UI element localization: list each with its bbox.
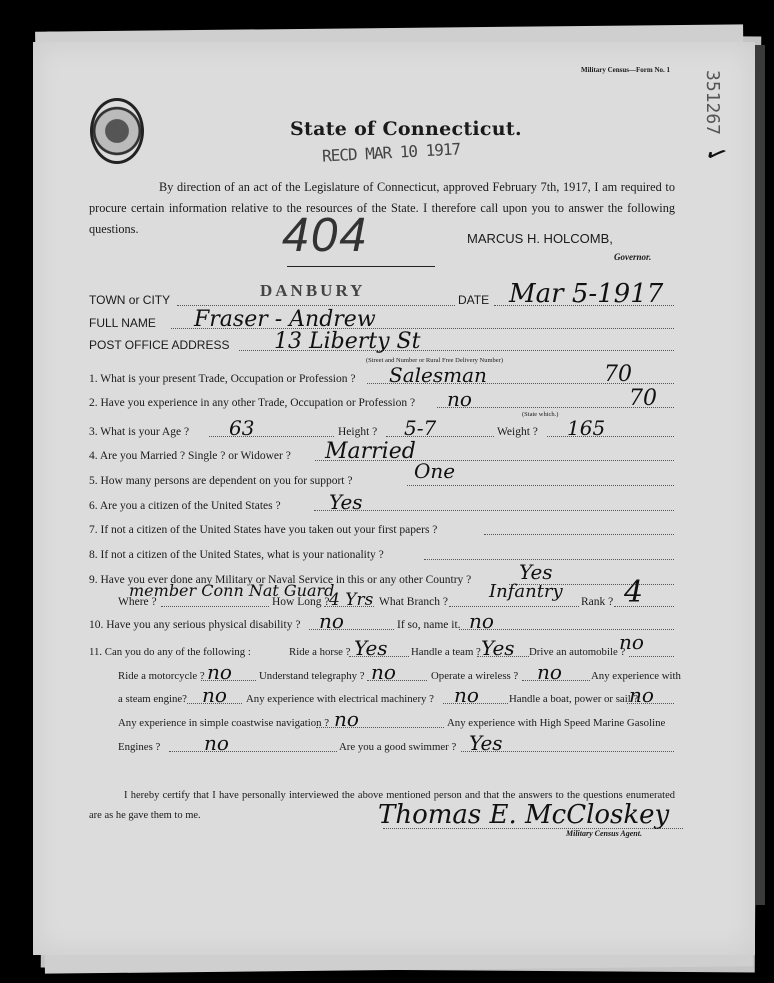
state-which-hint: (State which.) <box>522 411 558 418</box>
name-label: FULL NAME <box>89 316 156 330</box>
height-value: 5-7 <box>404 416 436 440</box>
annotation: 70 <box>604 362 632 387</box>
ride-horse-label: Ride a horse ? <box>289 646 350 658</box>
age-field <box>209 436 334 437</box>
question-label: 10. Have you any serious physical disabi… <box>89 619 300 631</box>
handle-team-value: Yes <box>481 636 515 660</box>
question-6: 6. Are you a citizen of the United State… <box>89 494 674 514</box>
question-label: 11. Can you do any of the following : <box>89 646 251 658</box>
governor-title: Governor. <box>614 252 651 262</box>
question-label: 1. What is your present Trade, Occupatio… <box>89 373 355 385</box>
annotation: 70 <box>629 386 657 411</box>
question-label: 8. If not a citizen of the United States… <box>89 549 384 561</box>
question-label: 7. If not a citizen of the United States… <box>89 524 437 536</box>
state-seal-icon <box>90 98 144 164</box>
ride-horse-value: Yes <box>354 636 388 660</box>
question-10: 10. Have you any serious physical disabi… <box>89 613 674 633</box>
steam-label: Any experience with <box>591 670 681 682</box>
marine-engine-label: Any experience with High Speed Marine Ga… <box>447 717 665 729</box>
rank-field <box>614 606 674 607</box>
handle-team-label: Handle a team ? <box>411 646 481 658</box>
telegraphy-value: no <box>371 660 396 684</box>
answer-field <box>314 510 674 511</box>
where-field <box>161 606 269 607</box>
branch-label: What Branch ? <box>379 596 448 608</box>
swimmer-value: Yes <box>469 731 503 755</box>
answer-value: Yes <box>329 490 363 514</box>
answer-value: One <box>414 459 455 483</box>
question-1: 1. What is your present Trade, Occupatio… <box>89 367 674 387</box>
rank-value: 4 <box>624 575 643 610</box>
question-11-line-5: Engines ? no Are you a good swimmer ? Ye… <box>89 735 674 755</box>
name-it-label: If so, name it. <box>397 619 461 631</box>
question-11-line-3: a steam engine? no Any experience with e… <box>89 687 674 707</box>
how-long-label: How Long ? <box>272 596 330 608</box>
answer-field <box>484 534 674 535</box>
page-edge <box>755 45 765 905</box>
drive-auto-value: no <box>619 630 644 654</box>
address-label: POST OFFICE ADDRESS <box>89 338 229 352</box>
address-row: POST OFFICE ADDRESS 13 Liberty St <box>89 334 674 354</box>
answer-value: Salesman <box>389 363 487 387</box>
answer-value: no <box>319 609 344 633</box>
answer-field <box>407 485 674 486</box>
question-5: 5. How many persons are dependent on you… <box>89 469 674 489</box>
governor-name: MARCUS H. HOLCOMB, <box>467 231 613 246</box>
date-value: Mar 5-1917 <box>509 279 663 309</box>
question-2: 2. Have you experience in any other Trad… <box>89 391 674 411</box>
number-underline <box>287 266 435 267</box>
answer-value: Married <box>325 439 416 464</box>
question-label: 5. How many persons are dependent on you… <box>89 475 352 487</box>
electrical-value: no <box>454 683 479 707</box>
page-title: State of Connecticut. <box>290 118 522 140</box>
question-label: 2. Have you experience in any other Trad… <box>89 397 415 409</box>
age-value: 63 <box>229 416 254 440</box>
swimmer-label: Are you a good swimmer ? <box>339 741 456 753</box>
address-value: 13 Liberty St <box>274 329 420 354</box>
question-11-line-4: Any experience in simple coastwise navig… <box>89 711 674 731</box>
coastwise-value: no <box>334 707 359 731</box>
motorcycle-label: Ride a motorcycle ? <box>118 670 205 682</box>
town-date-row: TOWN or CITY DATE Mar 5-1917 <box>89 289 674 309</box>
wireless-value: no <box>537 660 562 684</box>
question-8: 8. If not a citizen of the United States… <box>89 543 674 563</box>
question-7: 7. If not a citizen of the United States… <box>89 518 674 538</box>
question-4: 4. Are you Married ? Single ? or Widower… <box>89 444 674 464</box>
answer-value: no <box>447 387 472 411</box>
town-label: TOWN or CITY <box>89 293 170 307</box>
intro-text: By direction of an act of the Legislatur… <box>89 180 675 236</box>
question-3: 3. What is your Age ? 63 Height ? 5-7 We… <box>89 420 674 440</box>
name-it-value: no <box>469 609 494 633</box>
drive-auto-field <box>629 656 674 657</box>
height-label: Height ? <box>338 426 377 438</box>
boat-label: Handle a boat, power or sail ? <box>509 693 638 705</box>
marine-field <box>169 751 337 752</box>
serial-number: 351267 <box>702 70 723 135</box>
form-number: Military Census—Form No. 1 <box>581 66 670 74</box>
question-label: 4. Are you Married ? Single ? or Widower… <box>89 450 291 462</box>
marine-value: no <box>204 731 229 755</box>
agent-signature: Thomas E. McCloskey <box>378 800 669 830</box>
engines-label: Engines ? <box>118 741 160 753</box>
steam-engine-label: a steam engine? <box>118 693 187 705</box>
electrical-label: Any experience with electrical machinery… <box>246 693 434 705</box>
agent-label: Military Census Agent. <box>566 829 642 838</box>
question-label: 6. Are you a citizen of the United State… <box>89 500 281 512</box>
weight-label: Weight ? <box>497 426 538 438</box>
coastwise-label: Any experience in simple coastwise navig… <box>118 717 329 729</box>
question-label: 3. What is your Age ? <box>89 426 189 438</box>
how-long-value: 4 Yrs <box>329 590 373 610</box>
branch-value: Infantry <box>489 581 563 602</box>
date-label: DATE <box>458 293 489 307</box>
rank-label: Rank ? <box>581 596 613 608</box>
drive-auto-label: Drive an automobile ? <box>529 646 625 658</box>
question-11-line-2: Ride a motorcycle ? no Understand telegr… <box>89 664 674 684</box>
question-9-details: Where ? member Conn Nat Guard How Long ?… <box>89 590 674 610</box>
weight-value: 165 <box>567 416 605 440</box>
steam-value: no <box>202 683 227 707</box>
motorcycle-value: no <box>207 660 232 684</box>
branch-field <box>449 606 579 607</box>
height-field <box>386 436 494 437</box>
wireless-label: Operate a wireless ? <box>431 670 518 682</box>
telegraphy-label: Understand telegraphy ? <box>259 670 365 682</box>
town-field <box>177 305 455 306</box>
handwritten-number: 404 <box>282 208 368 263</box>
question-11: 11. Can you do any of the following : Ri… <box>89 640 674 660</box>
boat-value: no <box>629 683 654 707</box>
